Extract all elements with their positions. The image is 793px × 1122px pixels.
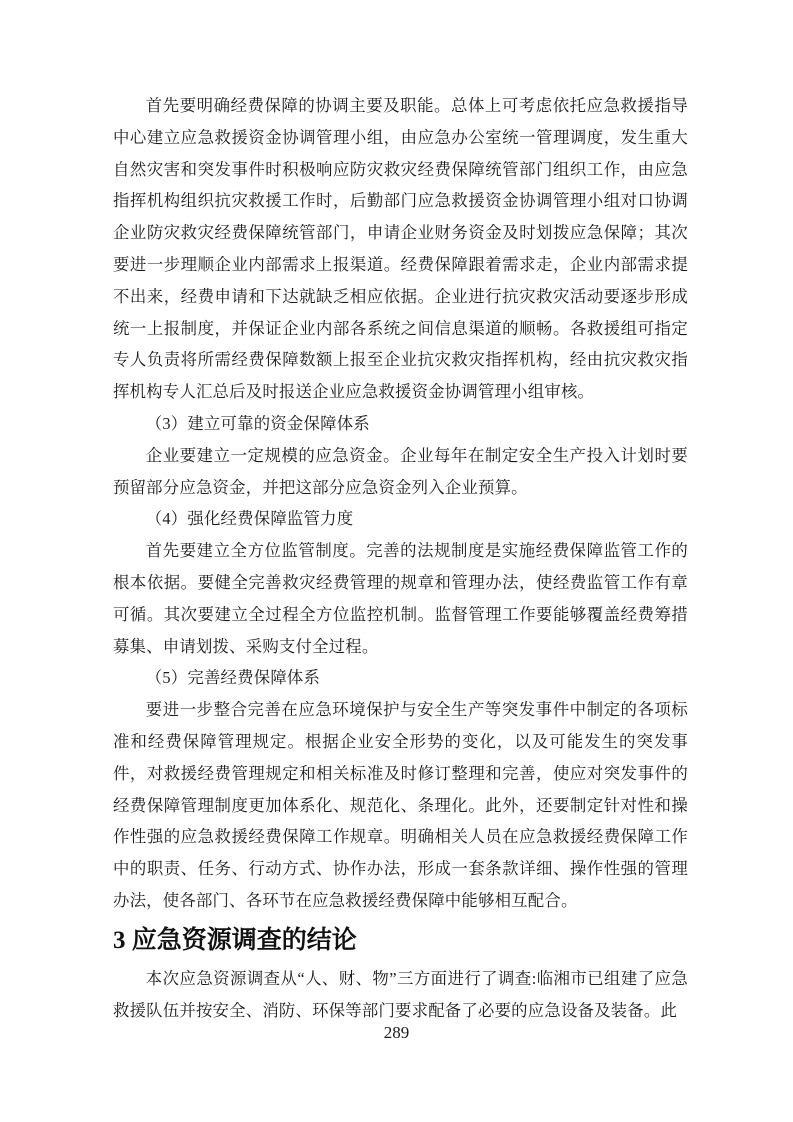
section-heading: 3 应急资源调查的结论 [113,923,688,959]
body-paragraph: 本次应急资源调查从“人、财、物”三方面进行了调查:临湘市已组建了应急救援队伍并按… [113,963,688,1027]
document-page: 首先要明确经费保障的协调主要及职能。总体上可考虑依托应急救援指导中心建立应急救援… [0,0,793,1122]
body-paragraph: 要进一步整合完善在应急环境保护与安全生产等突发事件中制定的各项标准和经费保障管理… [113,694,688,917]
body-paragraph: 首先要建立全方位监管制度。完善的法规制度是实施经费保障监管工作的根本依据。要健全… [113,535,688,662]
sub-heading: （4）强化经费保障监管力度 [113,503,688,535]
sub-heading: （3）建立可靠的资金保障体系 [113,408,688,440]
text-content: 首先要明确经费保障的协调主要及职能。总体上可考虑依托应急救援指导中心建立应急救援… [113,0,688,1026]
page-number: 289 [0,1022,793,1044]
sub-heading: （5）完善经费保障体系 [113,662,688,694]
body-paragraph: 企业要建立一定规模的应急资金。企业每年在制定安全生产投入计划时要预留部分应急资金… [113,440,688,504]
body-paragraph: 首先要明确经费保障的协调主要及职能。总体上可考虑依托应急救援指导中心建立应急救援… [113,90,688,408]
